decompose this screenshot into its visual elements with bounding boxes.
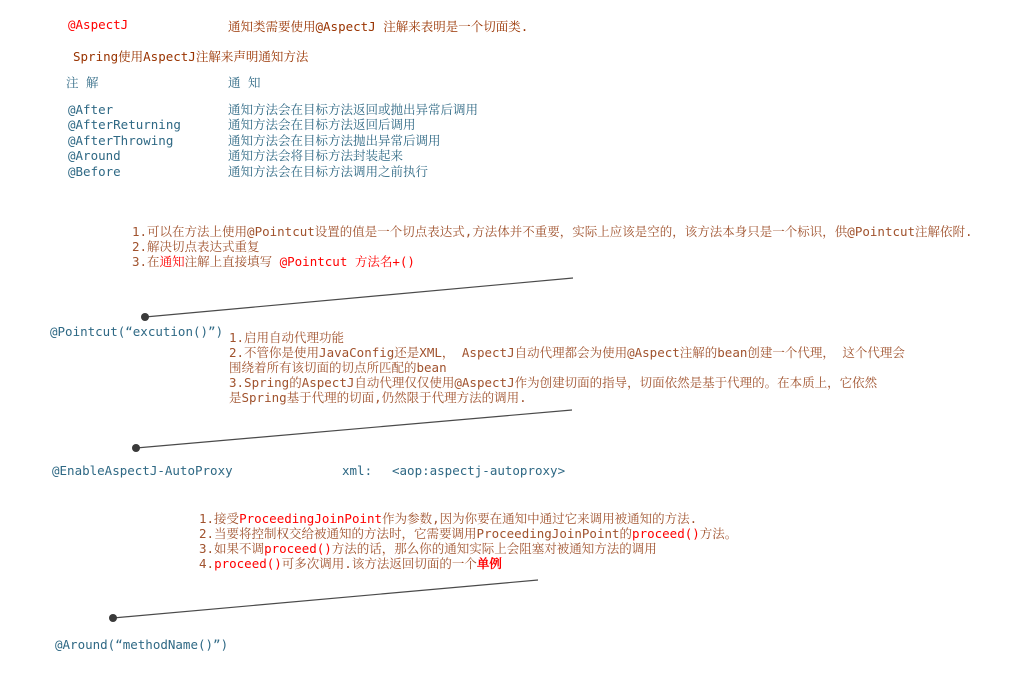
table-row: @After 通知方法会在目标方法返回或抛出异常后调用 xyxy=(68,102,478,117)
note-line: 4.proceed()可多次调用.该方法返回切面的一个单例 xyxy=(199,556,737,571)
around-annotation-label: @Around(“methodName()”) xyxy=(55,637,228,652)
table-cell-advice: 通知方法会在目标方法返回或抛出异常后调用 xyxy=(228,102,478,117)
note-line: 1.启用自动代理功能 xyxy=(229,330,905,345)
connector-line-autoproxy xyxy=(136,410,572,448)
note-line: 是Spring基于代理的切面,仍然限于代理方法的调用. xyxy=(229,390,905,405)
table-row: @Before 通知方法会在目标方法调用之前执行 xyxy=(68,164,478,179)
note-line: 2.解决切点表达式重复 xyxy=(132,239,973,254)
table-row: @AfterThrowing 通知方法会在目标方法抛出异常后调用 xyxy=(68,133,478,148)
connector-dot-pointcut xyxy=(141,313,149,321)
note-line: 围绕着所有该切面的切点所匹配的bean xyxy=(229,360,905,375)
table-cell-annotation: @Before xyxy=(68,164,228,179)
table-cell-annotation: @Around xyxy=(68,148,228,163)
note-line: 3.在通知注解上直接填写 @Pointcut 方法名+() xyxy=(132,254,973,269)
connector-dot-autoproxy xyxy=(132,444,140,452)
note-line: 1.接受ProceedingJoinPoint作为参数,因为你要在通知中通过它来… xyxy=(199,511,737,526)
notes-canvas: { "colors": { "accent_red": "#FF0000", "… xyxy=(0,0,1014,675)
aspectj-description: 通知类需要使用@AspectJ 注解来表明是一个切面类. xyxy=(228,17,528,35)
autoproxy-xml-value: <aop:aspectj-autoproxy> xyxy=(392,463,565,478)
autoproxy-annotation-label: @EnableAspectJ-AutoProxy xyxy=(52,463,233,478)
table-cell-advice: 通知方法会在目标方法抛出异常后调用 xyxy=(228,133,441,148)
table-header-advice: 通 知 xyxy=(228,73,261,91)
around-notes: 1.接受ProceedingJoinPoint作为参数,因为你要在通知中通过它来… xyxy=(199,511,737,571)
autoproxy-notes: 1.启用自动代理功能 2.不管你是使用JavaConfig还是XML， Aspe… xyxy=(229,330,905,405)
table-cell-advice: 通知方法会在目标方法调用之前执行 xyxy=(228,164,428,179)
table-cell-annotation: @AfterReturning xyxy=(68,117,228,132)
table-row: @Around 通知方法会将目标方法封装起来 xyxy=(68,148,478,163)
pointcut-annotation-label: @Pointcut(“excution()”) xyxy=(50,324,223,339)
connector-dot-around xyxy=(109,614,117,622)
aspectj-subtitle: Spring使用AspectJ注解来声明通知方法 xyxy=(73,47,308,65)
advice-table: @After 通知方法会在目标方法返回或抛出异常后调用 @AfterReturn… xyxy=(68,102,478,179)
note-line: 3.如果不调proceed()方法的话，那么你的通知实际上会阻塞对被通知方法的调… xyxy=(199,541,737,556)
autoproxy-xml-label: xml: xyxy=(342,463,372,478)
table-header-annotation: 注 解 xyxy=(66,73,99,91)
connector-line-pointcut xyxy=(145,278,573,317)
table-cell-advice: 通知方法会将目标方法封装起来 xyxy=(228,148,403,163)
note-line: 3.Spring的AspectJ自动代理仅仅使用@AspectJ作为创建切面的指… xyxy=(229,375,905,390)
connector-line-around xyxy=(113,580,538,618)
note-line: 1.可以在方法上使用@Pointcut设置的值是一个切点表达式,方法体并不重要，… xyxy=(132,224,973,239)
table-cell-advice: 通知方法会在目标方法返回后调用 xyxy=(228,117,416,132)
pointcut-notes: 1.可以在方法上使用@Pointcut设置的值是一个切点表达式,方法体并不重要，… xyxy=(132,224,973,269)
note-line: 2.当要将控制权交给被通知的方法时，它需要调用ProceedingJoinPoi… xyxy=(199,526,737,541)
table-cell-annotation: @After xyxy=(68,102,228,117)
table-row: @AfterReturning 通知方法会在目标方法返回后调用 xyxy=(68,117,478,132)
note-line: 2.不管你是使用JavaConfig还是XML， AspectJ自动代理都会为使… xyxy=(229,345,905,360)
aspectj-annotation-label: @AspectJ xyxy=(68,17,128,32)
table-cell-annotation: @AfterThrowing xyxy=(68,133,228,148)
